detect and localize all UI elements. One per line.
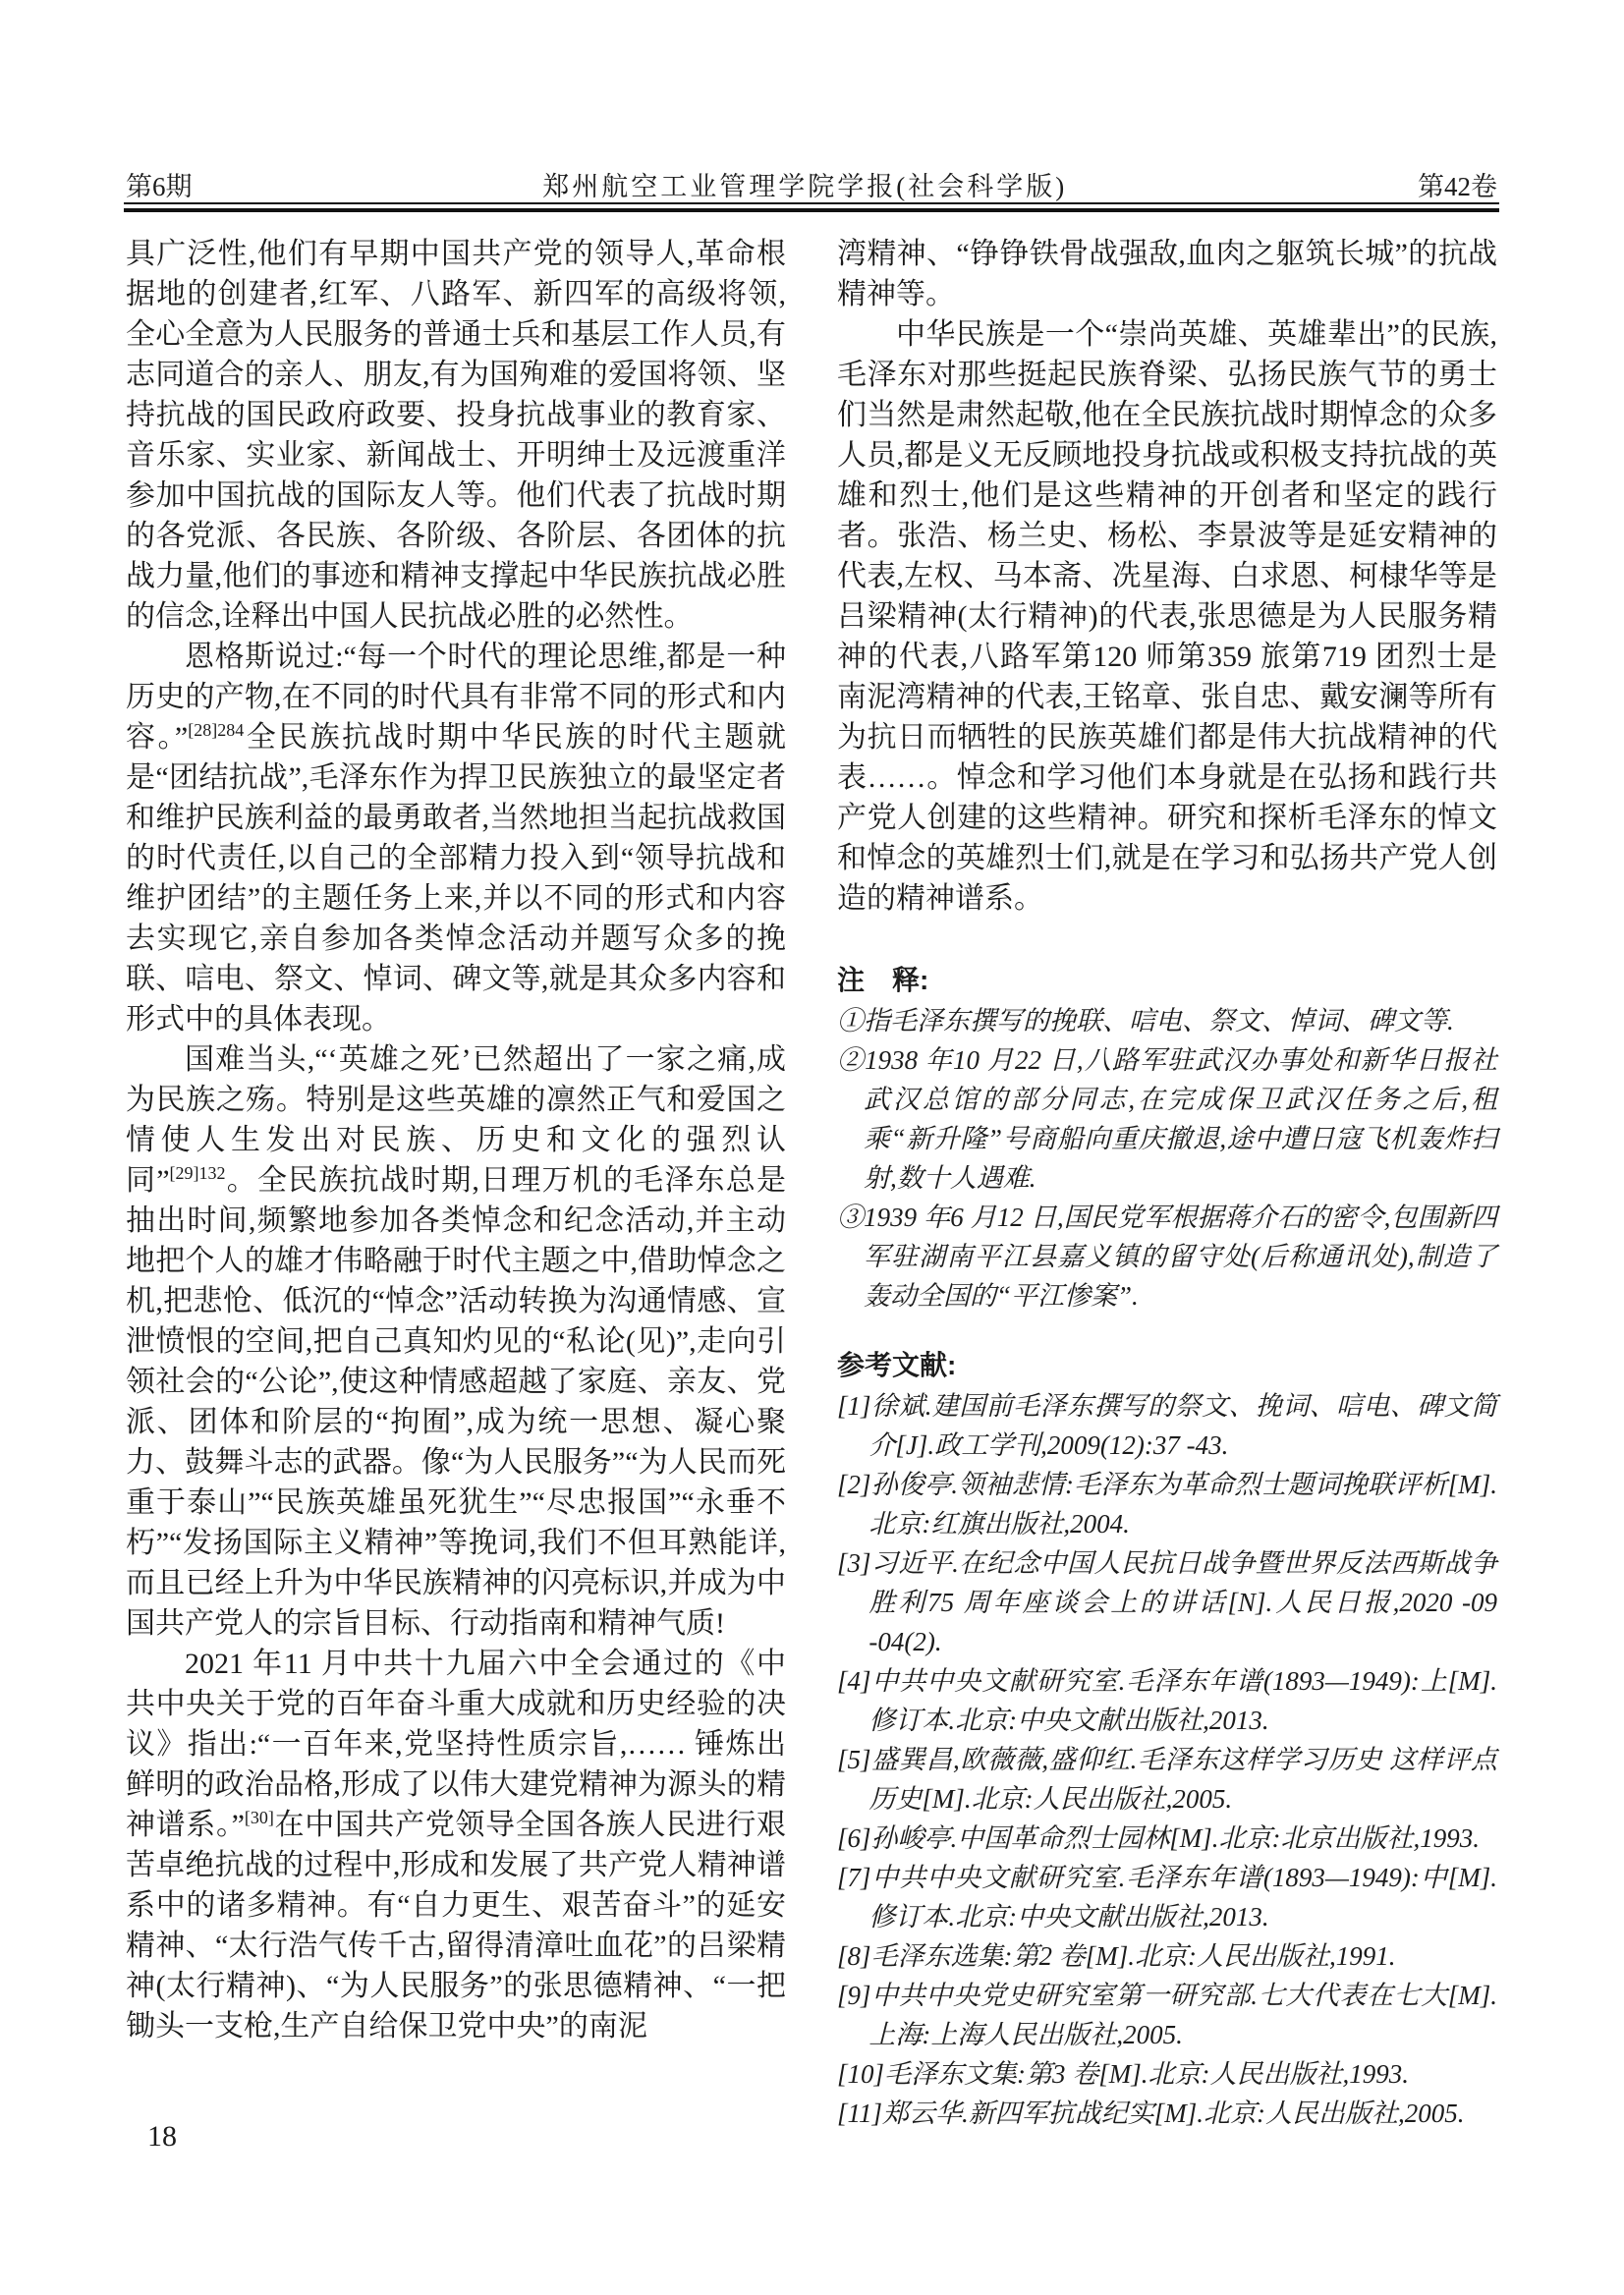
reference-item: [11]郑云华.新四军抗战纪实[M].北京:人民出版社,2005. (837, 2094, 1497, 2133)
citation-superscript: [29]132 (170, 1163, 226, 1183)
journal-title: 郑州航空工业管理学院学报(社会科学版) (542, 165, 1067, 203)
right-column-paragraphs: 湾精神、“铮铮铁骨战强敌,血肉之躯筑长城”的抗战精神等。中华民族是一个“崇尚英雄… (837, 234, 1497, 919)
citation-superscript: [30] (245, 1808, 274, 1827)
reference-item: [5]盛巽昌,欧薇薇,盛仰红.毛泽东这样学习历史 这样评点历史[M].北京:人民… (837, 1740, 1497, 1819)
reference-item: [4]中共中央文献研究室.毛泽东年谱(1893—1949):上[M].修订本.北… (837, 1661, 1497, 1740)
note-item: ①指毛泽东撰写的挽联、唁电、祭文、悼词、碑文等. (837, 1001, 1497, 1040)
reference-item: [8]毛泽东选集:第2 卷[M].北京:人民出版社,1991. (837, 1936, 1497, 1976)
reference-item: [3]习近平.在纪念中国人民抗日战争暨世界反法西斯战争胜利75 周年座谈会上的讲… (837, 1543, 1497, 1661)
paragraph: 湾精神、“铮铮铁骨战强敌,血肉之躯筑长城”的抗战精神等。 (837, 234, 1497, 314)
header-issue: 第6期 (126, 165, 193, 203)
paragraph: 恩格斯说过:“每一个时代的理论思维,都是一种历史的产物,在不同的时代具有非常不同… (126, 637, 786, 1039)
reference-item: [10]毛泽东文集:第3 卷[M].北京:人民出版社,1993. (837, 2054, 1497, 2094)
note-item: ③1939 年6 月12 日,国民党军根据蒋介石的密令,包围新四军驻湖南平江县嘉… (837, 1198, 1497, 1315)
right-column: 湾精神、“铮铮铁骨战强敌,血肉之躯筑长城”的抗战精神等。中华民族是一个“崇尚英雄… (837, 234, 1497, 2133)
reference-item: [1]徐斌.建国前毛泽东撰写的祭文、挽词、唁电、碑文简介[J].政工学刊,200… (837, 1386, 1497, 1465)
paragraph: 国难当头,“‘英雄之死’已然超出了一家之痛,成为民族之殇。特别是这些英雄的凛然正… (126, 1039, 786, 1644)
page-number: 18 (147, 2120, 177, 2154)
references-list: [1]徐斌.建国前毛泽东撰写的祭文、挽词、唁电、碑文简介[J].政工学刊,200… (837, 1386, 1497, 2133)
note-item: ②1938 年10 月22 日,八路军驻武汉办事处和新华日报社武汉总馆的部分同志… (837, 1040, 1497, 1198)
notes-heading: 注 释: (837, 960, 1497, 1001)
notes-section: 注 释: ①指毛泽东撰写的挽联、唁电、祭文、悼词、碑文等.②1938 年10 月… (837, 960, 1497, 1315)
reference-item: [7]中共中央文献研究室.毛泽东年谱(1893—1949):中[M].修订本.北… (837, 1858, 1497, 1936)
header-rule-thick (124, 208, 1499, 212)
references-heading: 参考文献: (837, 1345, 1497, 1386)
paragraph: 2021 年11 月中共十九届六中全会通过的《中共中央关于党的百年奋斗重大成就和… (126, 1644, 786, 2046)
header-rule-thin (124, 202, 1499, 204)
reference-item: [2]孙俊亭.领袖悲情:毛泽东为革命烈士题词挽联评析[M].北京:红旗出版社,2… (837, 1465, 1497, 1543)
citation-superscript: [28]284 (188, 720, 244, 740)
paragraph: 具广泛性,他们有早期中国共产党的领导人,革命根据地的创建者,红军、八路军、新四军… (126, 234, 786, 637)
references-section: 参考文献: [1]徐斌.建国前毛泽东撰写的祭文、挽词、唁电、碑文简介[J].政工… (837, 1345, 1497, 2133)
left-column: 具广泛性,他们有早期中国共产党的领导人,革命根据地的创建者,红军、八路军、新四军… (126, 234, 786, 2133)
paragraph: 中华民族是一个“崇尚英雄、英雄辈出”的民族,毛泽东对那些挺起民族脊梁、弘扬民族气… (837, 314, 1497, 919)
reference-item: [6]孙峻亭.中国革命烈士园林[M].北京:北京出版社,1993. (837, 1819, 1497, 1858)
body-columns: 具广泛性,他们有早期中国共产党的领导人,革命根据地的创建者,红军、八路军、新四军… (126, 234, 1497, 2133)
page-header: 第6期 郑州航空工业管理学院学报(社会科学版) 第42卷 (126, 165, 1497, 203)
reference-item: [9]中共中央党史研究室第一研究部.七大代表在七大[M].上海:上海人民出版社,… (837, 1976, 1497, 2054)
header-volume: 第42卷 (1418, 165, 1497, 203)
notes-list: ①指毛泽东撰写的挽联、唁电、祭文、悼词、碑文等.②1938 年10 月22 日,… (837, 1001, 1497, 1315)
